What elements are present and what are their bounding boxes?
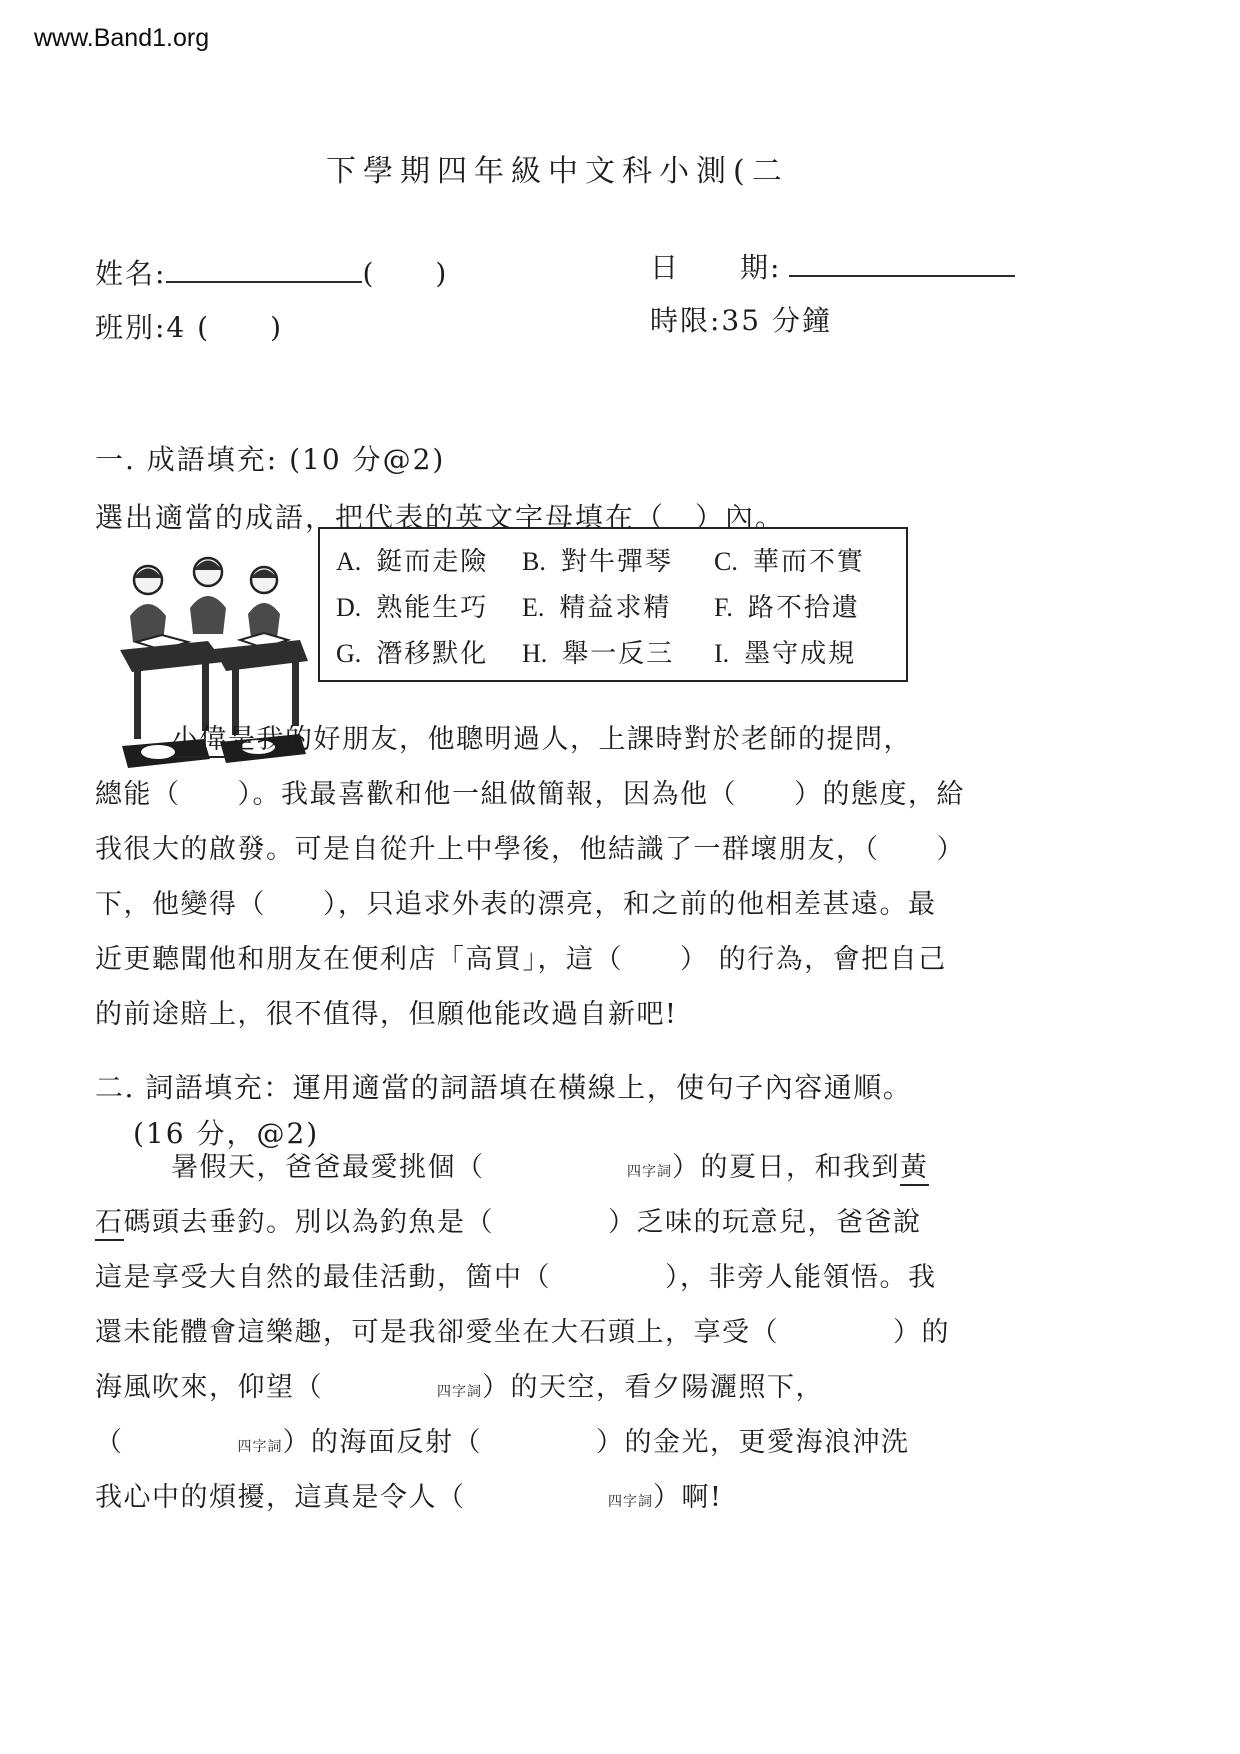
idiom-letter: I.	[714, 639, 729, 668]
idiom-option-b: B.對牛彈琴	[522, 541, 714, 578]
page-title: 下學期四年級中文科小測(二	[326, 146, 789, 190]
passage-line: 海風吹來，仰望（ 四字詞）的天空，看夕陽灑照下，	[95, 1360, 1145, 1415]
name-field-row: 姓名:( )	[95, 252, 448, 292]
passage-line: 我很大的啟發。可是自從升上中學後，他結識了一群壞朋友，（ ）	[95, 822, 1145, 877]
idiom-option-c: C.華而不實	[714, 541, 904, 578]
passage-text: ）的天空，看夕陽灑照下，	[482, 1372, 824, 1403]
passage-line: 的前途賠上，很不值得，但願他能改過自新吧!	[95, 987, 1145, 1042]
passage-text: 我很大的啟發。可是自從升上中學後，他結識了一群壞朋友，（ ）	[95, 834, 965, 865]
name-blank-line	[166, 252, 362, 283]
idiom-option-f: F.路不拾遺	[714, 587, 904, 624]
passage-text: 暑假天，爸爸最愛挑個（	[171, 1152, 627, 1183]
passage-line: 近更聽聞他和朋友在便利店「高買」，這（ ） 的行為，會把自己	[95, 932, 1145, 987]
idiom-option-d: D.熟能生巧	[336, 587, 522, 624]
idiom-option-h: H.舉一反三	[522, 633, 714, 670]
passage-line: 石碼頭去垂釣。別以為釣魚是（ ）乏味的玩意兒，爸爸說	[95, 1195, 1145, 1250]
idiom-text: 對牛彈琴	[561, 547, 673, 577]
idiom-options-box: A.鋌而走險B.對牛彈琴C.華而不實D.熟能生巧E.精益求精F.路不拾遺G.潛移…	[318, 527, 908, 682]
passage-text: 下，他變得（ ），只追求外表的漂亮，和之前的他相差甚遠。最	[95, 889, 937, 920]
passage-text: 的前途賠上，很不值得，但願他能改過自新吧!	[95, 999, 677, 1030]
passage-text: ）的海面反射（ ）的金光，更愛海浪沖洗	[283, 1427, 910, 1458]
passage-text: 近更聽聞他和朋友在便利店「高買」，這（ ） 的行為，會把自己	[95, 944, 947, 975]
four-char-word-hint: 四字詞	[238, 1439, 283, 1455]
idiom-text: 路不拾遺	[748, 593, 860, 623]
idiom-option-e: E.精益求精	[522, 587, 714, 624]
passage-text: 這是享受大自然的最佳活動，箇中（ ），非旁人能領悟。我	[95, 1262, 937, 1293]
word-fill-passage: 暑假天，爸爸最愛挑個（ 四字詞）的夏日，和我到黃石碼頭去垂釣。別以為釣魚是（ ）…	[95, 1140, 1145, 1525]
passage-text: （	[95, 1427, 238, 1458]
class-label: 班別:4 ( )	[95, 311, 283, 344]
passage-text: 碼頭去垂釣。別以為釣魚是（ ）乏味的玩意兒，爸爸說	[124, 1207, 922, 1238]
scanned-test-paper: { "page": { "watermark": "www.Band1.org"…	[0, 0, 1240, 1754]
date-label: 日 期:	[650, 251, 781, 284]
idiom-text: 熟能生巧	[376, 593, 488, 623]
date-field-row: 日 期:	[650, 246, 1015, 286]
time-limit-label: 時限:35 分鐘	[650, 304, 832, 337]
watermark-url: www.Band1.org	[34, 24, 209, 53]
idiom-text: 鋌而走險	[376, 547, 488, 577]
idiom-fill-passage: 小偉是我的好朋友，他聰明過人，上課時對於老師的提問，總能（ ）。我最喜歡和他一組…	[95, 712, 1145, 1042]
underlined-text: 石	[95, 1207, 124, 1241]
idiom-option-i: I.墨守成規	[714, 633, 904, 670]
four-char-word-hint: 四字詞	[608, 1494, 653, 1510]
section2-heading: 二. 詞語填充：運用適當的詞語填在橫線上，使句子內容通順。	[95, 1066, 912, 1106]
idiom-text: 精益求精	[559, 593, 671, 623]
idiom-text: 墨守成規	[744, 639, 856, 669]
idiom-letter: E.	[522, 593, 544, 622]
passage-line: 還未能體會這樂趣，可是我卻愛坐在大石頭上，享受（ ）的	[95, 1305, 1145, 1360]
section1-heading: 一. 成語填充: (10 分@2)	[95, 438, 445, 478]
passage-text: ）的夏日，和我到	[672, 1152, 900, 1183]
idiom-letter: F.	[714, 593, 733, 622]
idiom-text: 潛移默化	[376, 639, 488, 669]
passage-line: 下，他變得（ ），只追求外表的漂亮，和之前的他相差甚遠。最	[95, 877, 1145, 932]
passage-line: 我心中的煩擾，這真是令人（ 四字詞）啊!	[95, 1470, 1145, 1525]
class-field-row: 班別:4 ( )	[95, 306, 283, 346]
underlined-text: 黃	[900, 1152, 929, 1186]
passage-line: （ 四字詞）的海面反射（ ）的金光，更愛海浪沖洗	[95, 1415, 1145, 1470]
idiom-letter: B.	[522, 547, 546, 576]
idiom-option-a: A.鋌而走險	[336, 541, 522, 578]
time-limit-row: 時限:35 分鐘	[650, 299, 832, 339]
passage-text: 海風吹來，仰望（	[95, 1372, 437, 1403]
passage-line: 暑假天，爸爸最愛挑個（ 四字詞）的夏日，和我到黃	[95, 1140, 1145, 1195]
passage-text: ）啊!	[653, 1482, 722, 1513]
idiom-letter: D.	[336, 593, 361, 622]
passage-text: 是我的好朋友，他聰明過人，上課時對於老師的提問，	[228, 724, 912, 755]
idiom-letter: G.	[336, 639, 361, 668]
idiom-letter: C.	[714, 547, 738, 576]
date-blank-line	[789, 246, 1015, 277]
four-char-word-hint: 四字詞	[627, 1164, 672, 1180]
idiom-option-g: G.潛移默化	[336, 633, 522, 670]
idiom-text: 華而不實	[753, 547, 865, 577]
idiom-text: 舉一反三	[562, 639, 674, 669]
passage-text: 我心中的煩擾，這真是令人（	[95, 1482, 608, 1513]
passage-line: 總能（ ）。我最喜歡和他一組做簡報，因為他（ ）的態度，給	[95, 767, 1145, 822]
passage-text: 總能（ ）。我最喜歡和他一組做簡報，因為他（ ）的態度，給	[95, 779, 965, 810]
idiom-letter: A.	[336, 547, 361, 576]
passage-text: 還未能體會這樂趣，可是我卻愛坐在大石頭上，享受（ ）的	[95, 1317, 950, 1348]
four-char-word-hint: 四字詞	[437, 1384, 482, 1400]
passage-line: 小偉是我的好朋友，他聰明過人，上課時對於老師的提問，	[95, 712, 1145, 767]
idiom-letter: H.	[522, 639, 547, 668]
underlined-text: 小偉	[171, 724, 228, 758]
passage-line: 這是享受大自然的最佳活動，箇中（ ），非旁人能領悟。我	[95, 1250, 1145, 1305]
name-label: 姓名:	[95, 257, 166, 290]
name-paren-blank: ( )	[362, 257, 448, 290]
